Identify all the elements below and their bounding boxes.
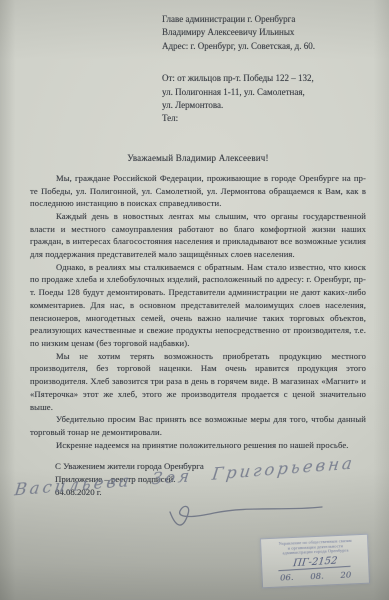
sender-line: От: от жильцов пр-т. Победы 122 – 132, [162, 72, 366, 85]
paragraph: Убедительно просим Вас принять все возмо… [30, 413, 366, 438]
closing-line: С Уважением жители города Оренбурга [55, 460, 366, 473]
sender-line: Тел: [162, 112, 366, 125]
stamp-date: 06. 08. 20 [267, 569, 365, 583]
closing-block: С Уважением жители города Оренбурга Прил… [55, 460, 366, 498]
letter-scan: Главе администрации г. Оренбурга Владими… [0, 0, 389, 600]
addressee-line: Владимиру Алексеевичу Ильиных [162, 26, 366, 39]
stamp-number: ПГ-2152 [278, 554, 351, 570]
closing-line: 04.08.2020 г. [55, 486, 366, 499]
letter-body: Мы, граждане Российской Федерации, прожи… [30, 172, 366, 451]
addressee-line: Адрес: г. Оренбург, ул. Советская, д. 60… [162, 40, 366, 53]
paragraph: Каждый день в новостных лентах мы слышим… [30, 210, 366, 261]
paragraph: Мы, граждане Российской Федерации, прожи… [30, 172, 366, 210]
sender-line: ул. Лермонтова. [162, 99, 366, 112]
stamp-text: Управление по общественным связям и орга… [265, 538, 366, 557]
addressee-block: Главе администрации г. Оренбурга Владими… [162, 0, 366, 53]
paragraph: Однако, в реалиях мы сталкиваемся с обра… [30, 261, 366, 350]
signature-flourish-icon [156, 502, 336, 532]
paragraph: Искренне надеемся на принятие положитель… [30, 439, 366, 452]
sender-block: От: от жильцов пр-т. Победы 122 – 132, у… [162, 72, 366, 126]
registration-stamp: Управление по общественным связям и орга… [260, 534, 370, 589]
sender-line: ул. Полигонная 1-11, ул. Самолетная, [162, 86, 366, 99]
closing-line: Приложение – реестр подписей. [55, 473, 366, 486]
salutation: Уважаемый Владимир Алексеевич! [30, 153, 366, 163]
paragraph: Мы не хотим терять возможность приобрета… [30, 350, 366, 414]
addressee-line: Главе администрации г. Оренбурга [162, 13, 366, 26]
letter-content: Главе администрации г. Оренбурга Владими… [30, 0, 366, 499]
